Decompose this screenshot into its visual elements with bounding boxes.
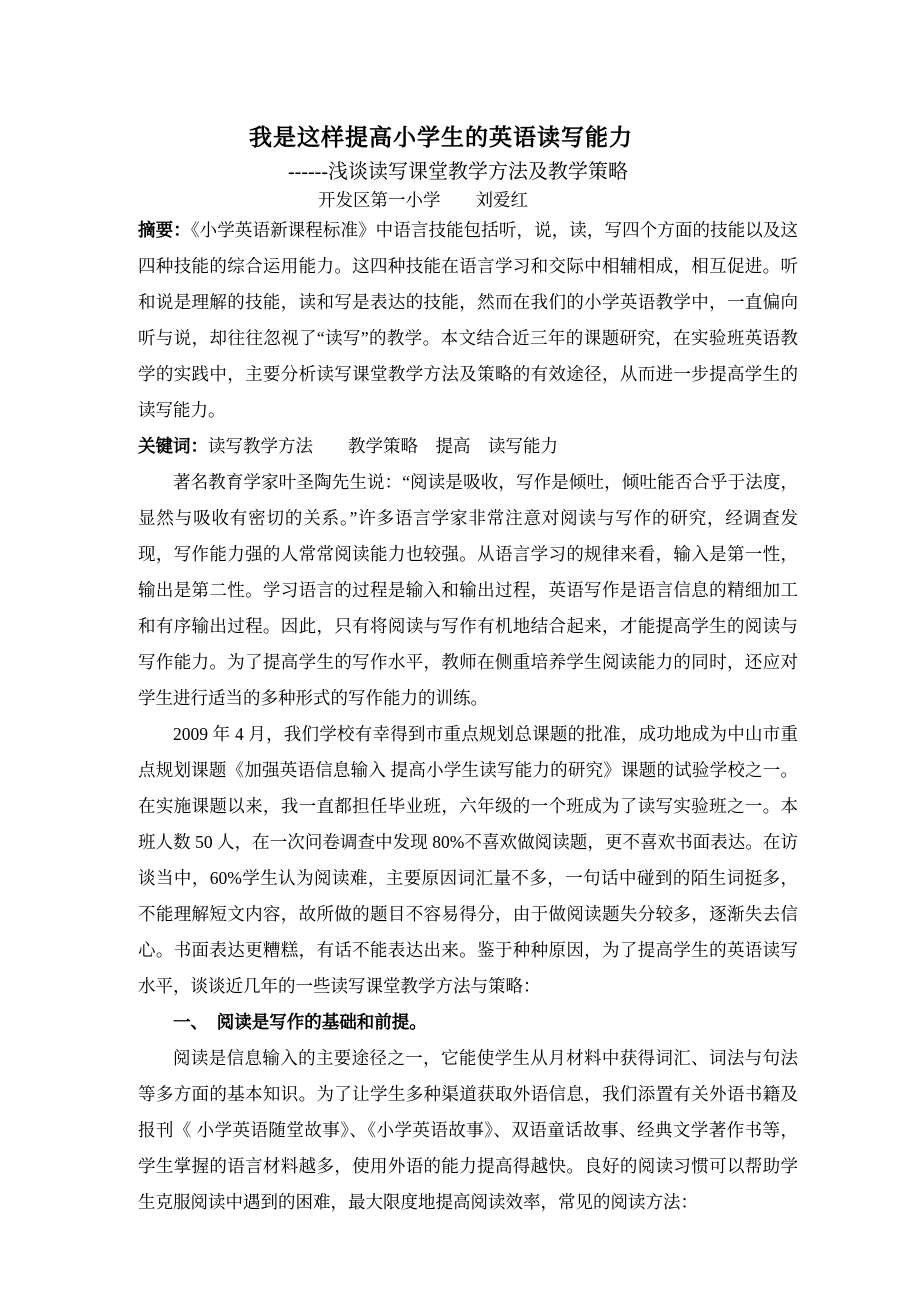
document-subtitle: ------浅谈读写课堂教学方法及教学策略	[138, 159, 778, 186]
keywords-label: 关键词：	[138, 436, 208, 456]
document-content: 我是这样提高小学生的英语读写能力 ------浅谈读写课堂教学方法及教学策略 开…	[138, 0, 798, 1220]
abstract-paragraph: 摘要：《小学英语新课程标准》中语言技能包括听，说，读，写四个方面的技能以及这四种…	[138, 212, 798, 428]
body-paragraph-1: 著名教育学家叶圣陶先生说：“阅读是吸收，写作是倾吐，倾吐能否合乎于法度，显然与吸…	[138, 464, 798, 716]
keywords-line: 关键词：读写教学方法 教学策略 提高 读写能力	[138, 428, 798, 464]
document-title: 我是这样提高小学生的英语读写能力	[138, 124, 744, 150]
section-heading: 一、 阅读是写作的基础和前提。	[138, 1004, 798, 1040]
author-line: 开发区第一小学 刘爱红	[138, 188, 708, 212]
document-page: 我是这样提高小学生的英语读写能力 ------浅谈读写课堂教学方法及教学策略 开…	[0, 0, 920, 1302]
body-paragraph-2: 2009 年 4 月，我们学校有幸得到市重点规划总课题的批准，成功地成为中山市重…	[138, 716, 798, 1004]
abstract-text: 《小学英语新课程标准》中语言技能包括听，说，读，写四个方面的技能以及这四种技能的…	[138, 220, 798, 420]
keywords-text: 读写教学方法 教学策略 提高 读写能力	[208, 436, 558, 456]
abstract-label: 摘要：	[138, 220, 191, 240]
section-paragraph: 阅读是信息输入的主要途径之一，它能使学生从月材料中获得词汇、词法与句法等多方面的…	[138, 1040, 798, 1220]
